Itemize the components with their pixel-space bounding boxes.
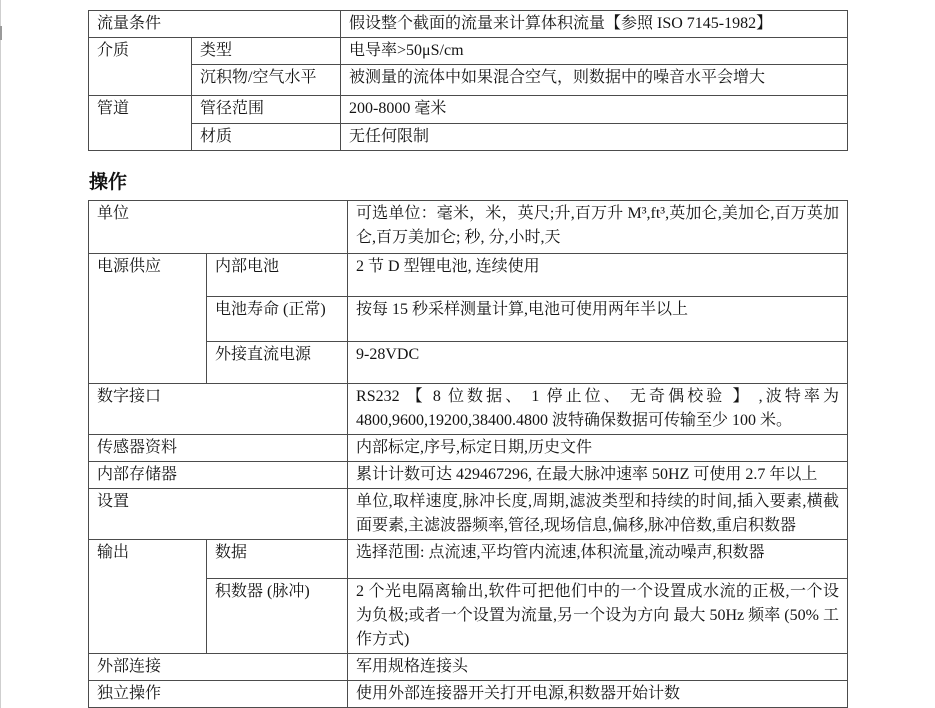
spec-value-cell: 2 节 D 型锂电池, 连续使用 (348, 254, 848, 297)
table-row: 数字接口 RS232 【 8 位数据、 1 停止位、 无奇偶校验 】 ,波特率为… (89, 384, 848, 435)
table-row: 材质 无任何限制 (89, 124, 848, 151)
spec-value-cell: 假设整个截面的流量来计算体积流量【参照 ISO 7145-1982】 (341, 11, 848, 38)
spec-value-cell: 内部标定,序号,标定日期,历史文件 (348, 435, 848, 462)
document-page: 流量条件 假设整个截面的流量来计算体积流量【参照 ISO 7145-1982】 … (88, 10, 848, 708)
spec-label-cell: 积数器 (脉冲) (207, 579, 348, 654)
spec-label-cell: 沉积物/空气水平 (192, 65, 341, 96)
spec-value-cell: 被测量的流体中如果混合空气，则数据中的噪音水平会增大 (341, 65, 848, 96)
spec-value-cell: 电导率>50μS/cm (341, 38, 848, 65)
spec-value-cell: 累计计数可达 429467296, 在最大脉冲速率 50HZ 可使用 2.7 年… (348, 462, 848, 489)
spec-label-cell: 管径范围 (192, 96, 341, 124)
spec-label-cell: 流量条件 (89, 11, 341, 38)
spec-group-cell: 介质 (89, 38, 192, 96)
spec-value-cell: RS232 【 8 位数据、 1 停止位、 无奇偶校验 】 ,波特率为 4800… (348, 384, 848, 435)
spec-label-cell: 材质 (192, 124, 341, 151)
spec-label-cell: 独立操作 (89, 681, 348, 708)
spec-value-cell: 200-8000 毫米 (341, 96, 848, 124)
spec-value-cell: 可选单位：毫米，米，英尺;升,百万升 M³,ft³,英加仑,美加仑,百万英加仑,… (348, 201, 848, 254)
window-left-edge-notch (0, 26, 2, 40)
spec-label-cell: 内部电池 (207, 254, 348, 297)
spec-label-cell: 数字接口 (89, 384, 348, 435)
window-left-edge (0, 0, 1, 708)
spec-value-cell: 使用外部连接器开关打开电源,积数器开始计数 (348, 681, 848, 708)
table-row: 管道 管径范围 200-8000 毫米 (89, 96, 848, 124)
spec-value-cell: 选择范围: 点流速,平均管内流速,体积流量,流动噪声,积数器 (348, 540, 848, 579)
spec-label-cell: 设置 (89, 489, 348, 540)
spec-group-cell: 电源供应 (89, 254, 207, 384)
spec-label-cell: 外接直流电源 (207, 342, 348, 384)
general-spec-table: 流量条件 假设整个截面的流量来计算体积流量【参照 ISO 7145-1982】 … (88, 10, 848, 151)
operation-spec-table: 单位 可选单位：毫米，米，英尺;升,百万升 M³,ft³,英加仑,美加仑,百万英… (88, 200, 848, 708)
spec-label-cell: 单位 (89, 201, 348, 254)
table-row: 传感器资料 内部标定,序号,标定日期,历史文件 (89, 435, 848, 462)
table-row: 沉积物/空气水平 被测量的流体中如果混合空气，则数据中的噪音水平会增大 (89, 65, 848, 96)
table-row: 独立操作 使用外部连接器开关打开电源,积数器开始计数 (89, 681, 848, 708)
spec-value-cell: 军用规格连接头 (348, 654, 848, 681)
table-row: 外部连接 军用规格连接头 (89, 654, 848, 681)
spec-label-cell: 数据 (207, 540, 348, 579)
spec-group-cell: 管道 (89, 96, 192, 151)
spec-label-cell: 内部存储器 (89, 462, 348, 489)
section-heading-operation: 操作 (88, 151, 848, 200)
spec-value-cell: 单位,取样速度,脉冲长度,周期,滤波类型和持续的时间,插入要素,横截面要素,主滤… (348, 489, 848, 540)
spec-group-cell: 输出 (89, 540, 207, 654)
spec-value-cell: 2 个光电隔离输出,软件可把他们中的一个设置成水流的正极,一个设为负极;或者一个… (348, 579, 848, 654)
table-row: 单位 可选单位：毫米，米，英尺;升,百万升 M³,ft³,英加仑,美加仑,百万英… (89, 201, 848, 254)
spec-value-cell: 9-28VDC (348, 342, 848, 384)
spec-label-cell: 外部连接 (89, 654, 348, 681)
table-row: 介质 类型 电导率>50μS/cm (89, 38, 848, 65)
spec-value-cell: 按每 15 秒采样测量计算,电池可使用两年半以上 (348, 297, 848, 342)
table-row: 内部存储器 累计计数可达 429467296, 在最大脉冲速率 50HZ 可使用… (89, 462, 848, 489)
table-row: 电源供应 内部电池 2 节 D 型锂电池, 连续使用 (89, 254, 848, 297)
table-row: 流量条件 假设整个截面的流量来计算体积流量【参照 ISO 7145-1982】 (89, 11, 848, 38)
spec-label-cell: 电池寿命 (正常) (207, 297, 348, 342)
table-row: 输出 数据 选择范围: 点流速,平均管内流速,体积流量,流动噪声,积数器 (89, 540, 848, 579)
spec-value-cell: 无任何限制 (341, 124, 848, 151)
table-row: 设置 单位,取样速度,脉冲长度,周期,滤波类型和持续的时间,插入要素,横截面要素… (89, 489, 848, 540)
spec-label-cell: 传感器资料 (89, 435, 348, 462)
spec-label-cell: 类型 (192, 38, 341, 65)
